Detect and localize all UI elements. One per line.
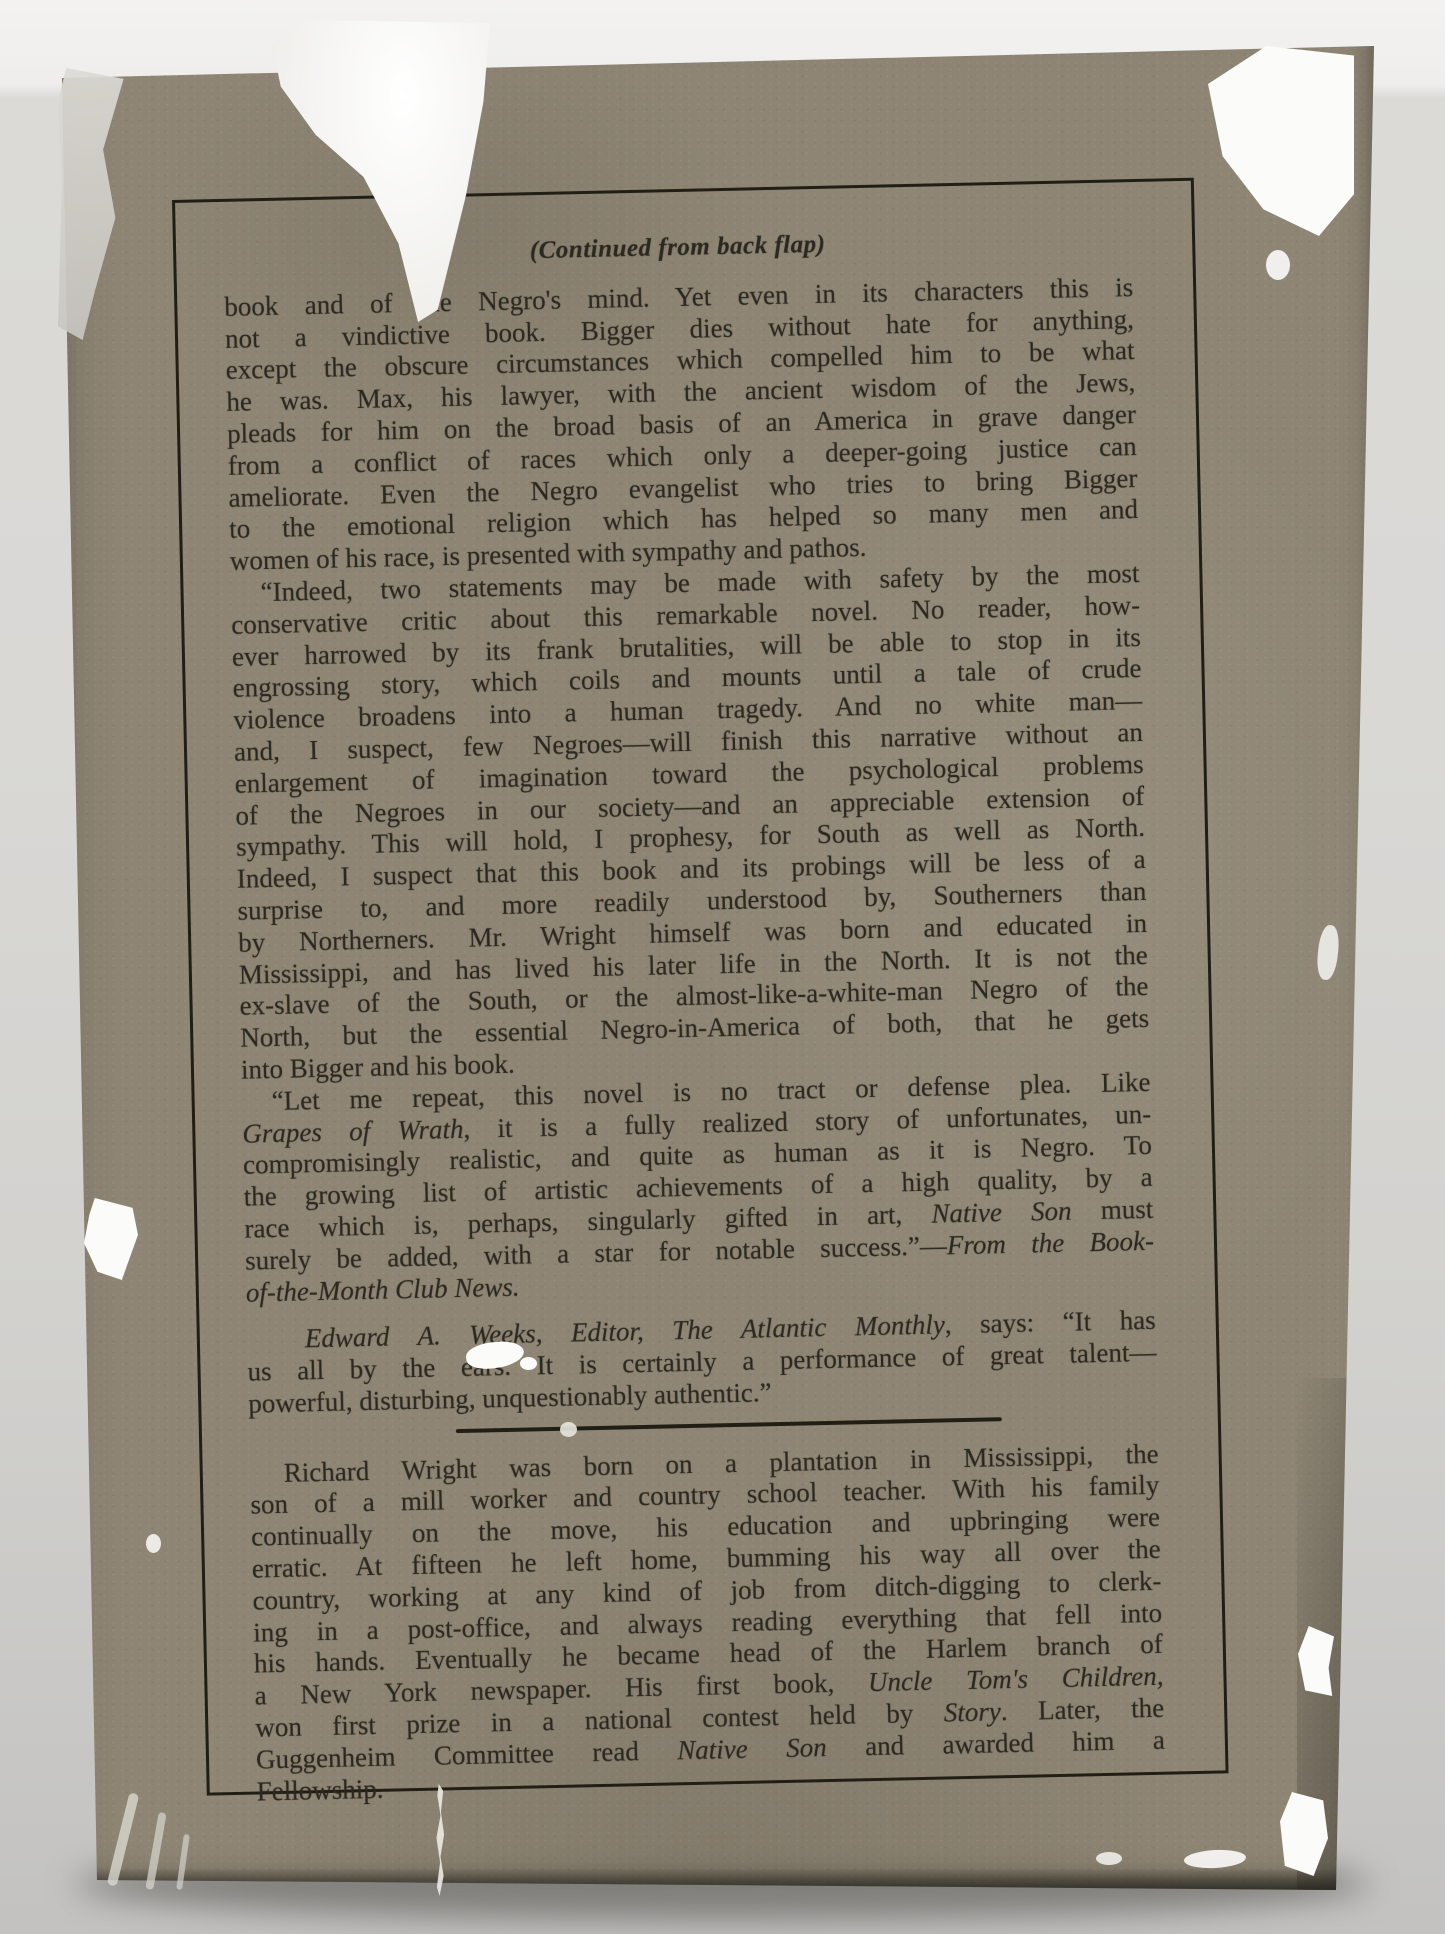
jacket-chip-bottom-small bbox=[1096, 1852, 1122, 1865]
jacket-chip-small bbox=[1266, 250, 1290, 280]
continued-from-back-flap-note: (Continued from back flap) bbox=[223, 222, 1132, 274]
jacket-printed-frame: (Continued from back flap) book and of t… bbox=[172, 178, 1229, 1796]
paragraph-weeks-quote: Edward A. Weeks, Editor, The Atlantic Mo… bbox=[247, 1305, 1158, 1420]
paragraph-review-3: “Let me repeat, this novel is no tract o… bbox=[241, 1067, 1155, 1309]
jacket-text-block: (Continued from back flap) book and of t… bbox=[223, 212, 1166, 1808]
book-back-cover: (Continued from back flap) book and of t… bbox=[55, 38, 1385, 1898]
paragraph-review-1: book and of the Negro's mind. Yet even i… bbox=[224, 272, 1139, 578]
paragraph-review-2: “Indeed, two statements may be made with… bbox=[230, 558, 1150, 1086]
paragraph-author-bio: Richard Wright was born on a plantation … bbox=[249, 1438, 1165, 1808]
photo-of-book-back-cover: { "colors":{ "jacket":"#8e8574", "ink":"… bbox=[0, 0, 1445, 1934]
section-divider-rule bbox=[456, 1417, 1002, 1433]
jacket-chip-over-text-small bbox=[520, 1357, 537, 1370]
jacket-chip-left-small bbox=[146, 1534, 161, 1553]
speck-below-divider bbox=[560, 1422, 577, 1437]
